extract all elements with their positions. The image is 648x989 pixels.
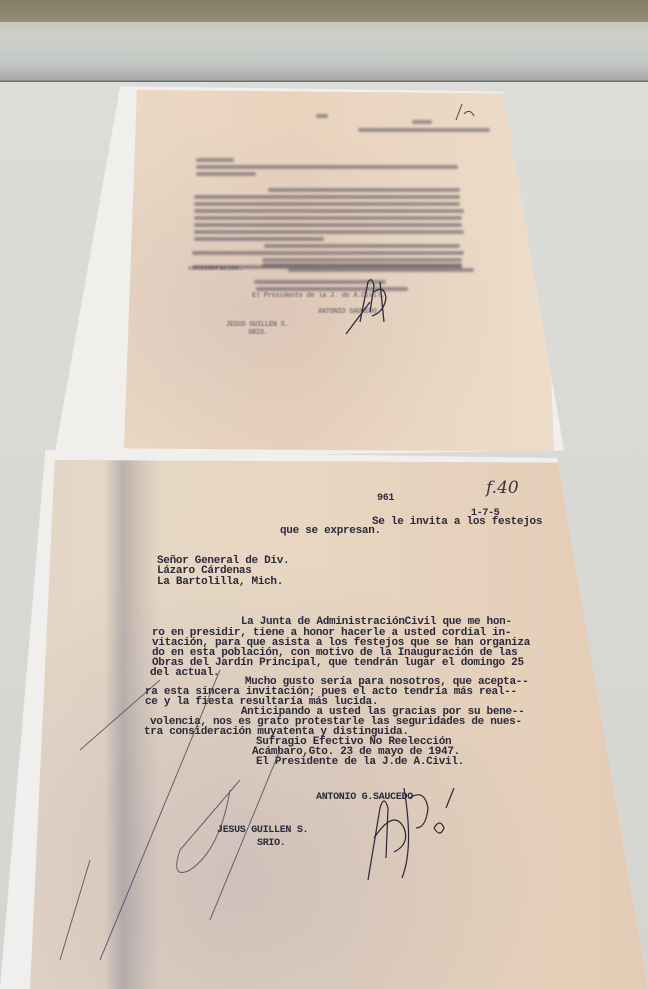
top-letter-secretary-title: SRIO. [248, 330, 268, 337]
top-letter-secretary-name: JESUS GUILLEN S. [226, 322, 288, 329]
top-letter-subject [358, 128, 490, 132]
recipient-line: La Bartolilla, Mich. [157, 577, 283, 588]
top-letter-body-line [194, 230, 464, 234]
top-letter-recipient-line [196, 172, 256, 176]
top-letter-body-line [268, 188, 460, 192]
letter-number: 961 [377, 493, 394, 504]
top-letter-body-line [262, 263, 462, 267]
top-letter-body-line [262, 258, 462, 262]
top-letter-code [412, 120, 432, 124]
top-letter-body-line [192, 251, 464, 255]
top-letter-body-line [194, 209, 464, 213]
top-letter-signature [340, 272, 400, 342]
top-letter-number [316, 114, 328, 118]
president-signature [360, 768, 470, 888]
handwritten-folio-mark: f.40 [486, 478, 519, 498]
top-letter-body-line [194, 202, 460, 206]
top-letter-body-line [194, 237, 324, 241]
top-letter-handwritten-mark [452, 100, 482, 125]
top-letter-closing-fragment: consideración. [188, 266, 243, 273]
top-letter-recipient-line [196, 158, 234, 162]
background-ledge [0, 22, 648, 82]
top-letter-recipient-line [196, 165, 458, 169]
top-letter-body-line [194, 195, 460, 199]
subject-line-1: Se le invita a los festejos [372, 517, 542, 528]
top-letter-sleeve [54, 86, 564, 458]
top-letter-body-line [194, 216, 462, 220]
secretary-signature-strokes [40, 660, 300, 980]
top-letter-body-line [264, 244, 460, 248]
top-letter-body-line [194, 223, 462, 227]
subject-line-2: que se expresan. [280, 526, 381, 537]
